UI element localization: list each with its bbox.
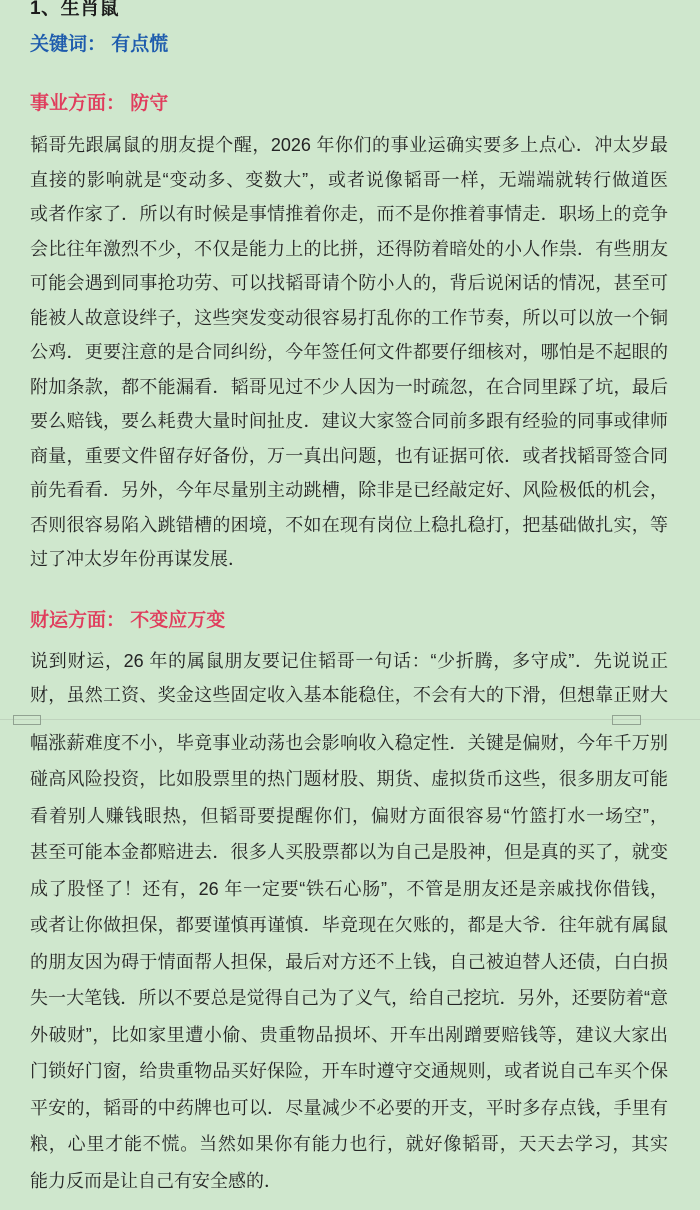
text-line: 成了股怪了！还有，26 年一定要“铁石心肠”，不管是朋友还是亲戚找你借钱， [30,871,668,908]
text-line: 过了冲太岁年份再谋发展． [30,542,668,577]
page-break-right-bracket [612,715,641,725]
text-line: 要么赔钱，要么耗费大量时间扯皮．建议大家签合同前多跟有经验的同事或律师 [30,404,668,439]
wealth-heading: 财运方面： 不变应万变 [30,609,668,633]
text-line: 看着别人赚钱眼热，但韬哥要提醒你们，偏财方面很容易“竹篮打水一场空”， [30,798,668,835]
text-line: 外破财”，比如家里遭小偷、贵重物品损坏、开车出剐蹭要赔钱等，建议大家出 [30,1017,668,1054]
document-page: 1、生肖鼠 关键词： 有点慌 事业方面： 防守 韬哥先跟属鼠的朋友提个醒，202… [0,0,700,1199]
text-line: 可能会遇到同事抢功劳、可以找韬哥请个防小人的，背后说闲话的情况，甚至可 [30,266,668,301]
text-line: 失一大笔钱．所以不要总是觉得自己为了义气，给自己挖坑．另外，还要防着“意 [30,980,668,1017]
text-line: 平安的，韬哥的中药牌也可以．尽量减少不必要的开支，平时多存点钱，手里有 [30,1090,668,1127]
page-break-marker [0,713,700,725]
page-break-line [0,719,700,720]
career-paragraph: 韬哥先跟属鼠的朋友提个醒，2026 年你们的事业运确实要多上点心．冲太岁最直接的… [30,128,668,577]
text-line: 门锁好门窗，给贵重物品买好保险，开车时遵守交通规则，或者说自己车买个保 [30,1053,668,1090]
text-line: 否则很容易陷入跳错槽的困境，不如在现有岗位上稳扎稳打，把基础做扎实，等 [30,508,668,543]
text-line: 或者作家了．所以有时候是事情推着你走，而不是你推着事情走．职场上的竞争 [30,197,668,232]
wealth-paragraph-page1: 说到财运，26 年的属鼠朋友要记住韬哥一句话：“少折腾，多守成”．先说说正财，虽… [30,644,668,713]
text-line: 前先看看．另外，今年尽量别主动跳槽，除非是已经敲定好、风险极低的机会， [30,473,668,508]
text-line: 会比往年激烈不少，不仅是能力上的比拼，还得防着暗处的小人作祟．有些朋友 [30,232,668,267]
text-line: 说到财运，26 年的属鼠朋友要记住韬哥一句话：“少折腾，多守成”．先说说正 [30,644,668,679]
text-line: 附加条款，都不能漏看．韬哥见过不少人因为一时疏忽，在合同里踩了坑，最后 [30,370,668,405]
text-line: 商量，重要文件留存好备份，万一真出问题，也有证据可依．或者找韬哥签合同 [30,439,668,474]
text-line: 公鸡．更要注意的是合同纠纷，今年签任何文件都要仔细核对，哪怕是不起眼的 [30,335,668,370]
wealth-paragraph-page2: 幅涨薪难度不小，毕竟事业动荡也会影响收入稳定性．关键是偏财，今年千万别碰高风险投… [30,725,668,1200]
text-line: 幅涨薪难度不小，毕竟事业动荡也会影响收入稳定性．关键是偏财，今年千万别 [30,725,668,762]
section-title: 1、生肖鼠 [30,0,668,20]
text-line: 直接的影响就是“变动多、变数大”，或者说像韬哥一样，无端端就转行做道医 [30,163,668,198]
text-line: 或者让你做担保，都要谨慎再谨慎．毕竟现在欠账的，都是大爷．往年就有属鼠 [30,907,668,944]
text-line: 财，虽然工资、奖金这些固定收入基本能稳住，不会有大的下滑，但想靠正财大 [30,678,668,713]
text-line: 甚至可能本金都赔进去．很多人买股票都以为自己是股神，但是真的买了，就变 [30,834,668,871]
career-heading: 事业方面： 防守 [30,92,668,116]
text-line: 能力反而是让自己有安全感的． [30,1163,668,1200]
text-line: 韬哥先跟属鼠的朋友提个醒，2026 年你们的事业运确实要多上点心．冲太岁最 [30,128,668,163]
text-line: 碰高风险投资，比如股票里的热门题材股、期货、虚拟货币这些，很多朋友可能 [30,761,668,798]
keyword-line: 关键词： 有点慌 [30,33,668,57]
text-line: 粮，心里才能不慌。当然如果你有能力也行，就好像韬哥，天天去学习，其实 [30,1126,668,1163]
text-line: 的朋友因为碍于情面帮人担保，最后对方还不上钱，自己被迫替人还债，白白损 [30,944,668,981]
text-line: 能被人故意设绊子，这些突发变动很容易打乱你的工作节奏，所以可以放一个铜 [30,301,668,336]
page-break-left-bracket [13,715,41,725]
